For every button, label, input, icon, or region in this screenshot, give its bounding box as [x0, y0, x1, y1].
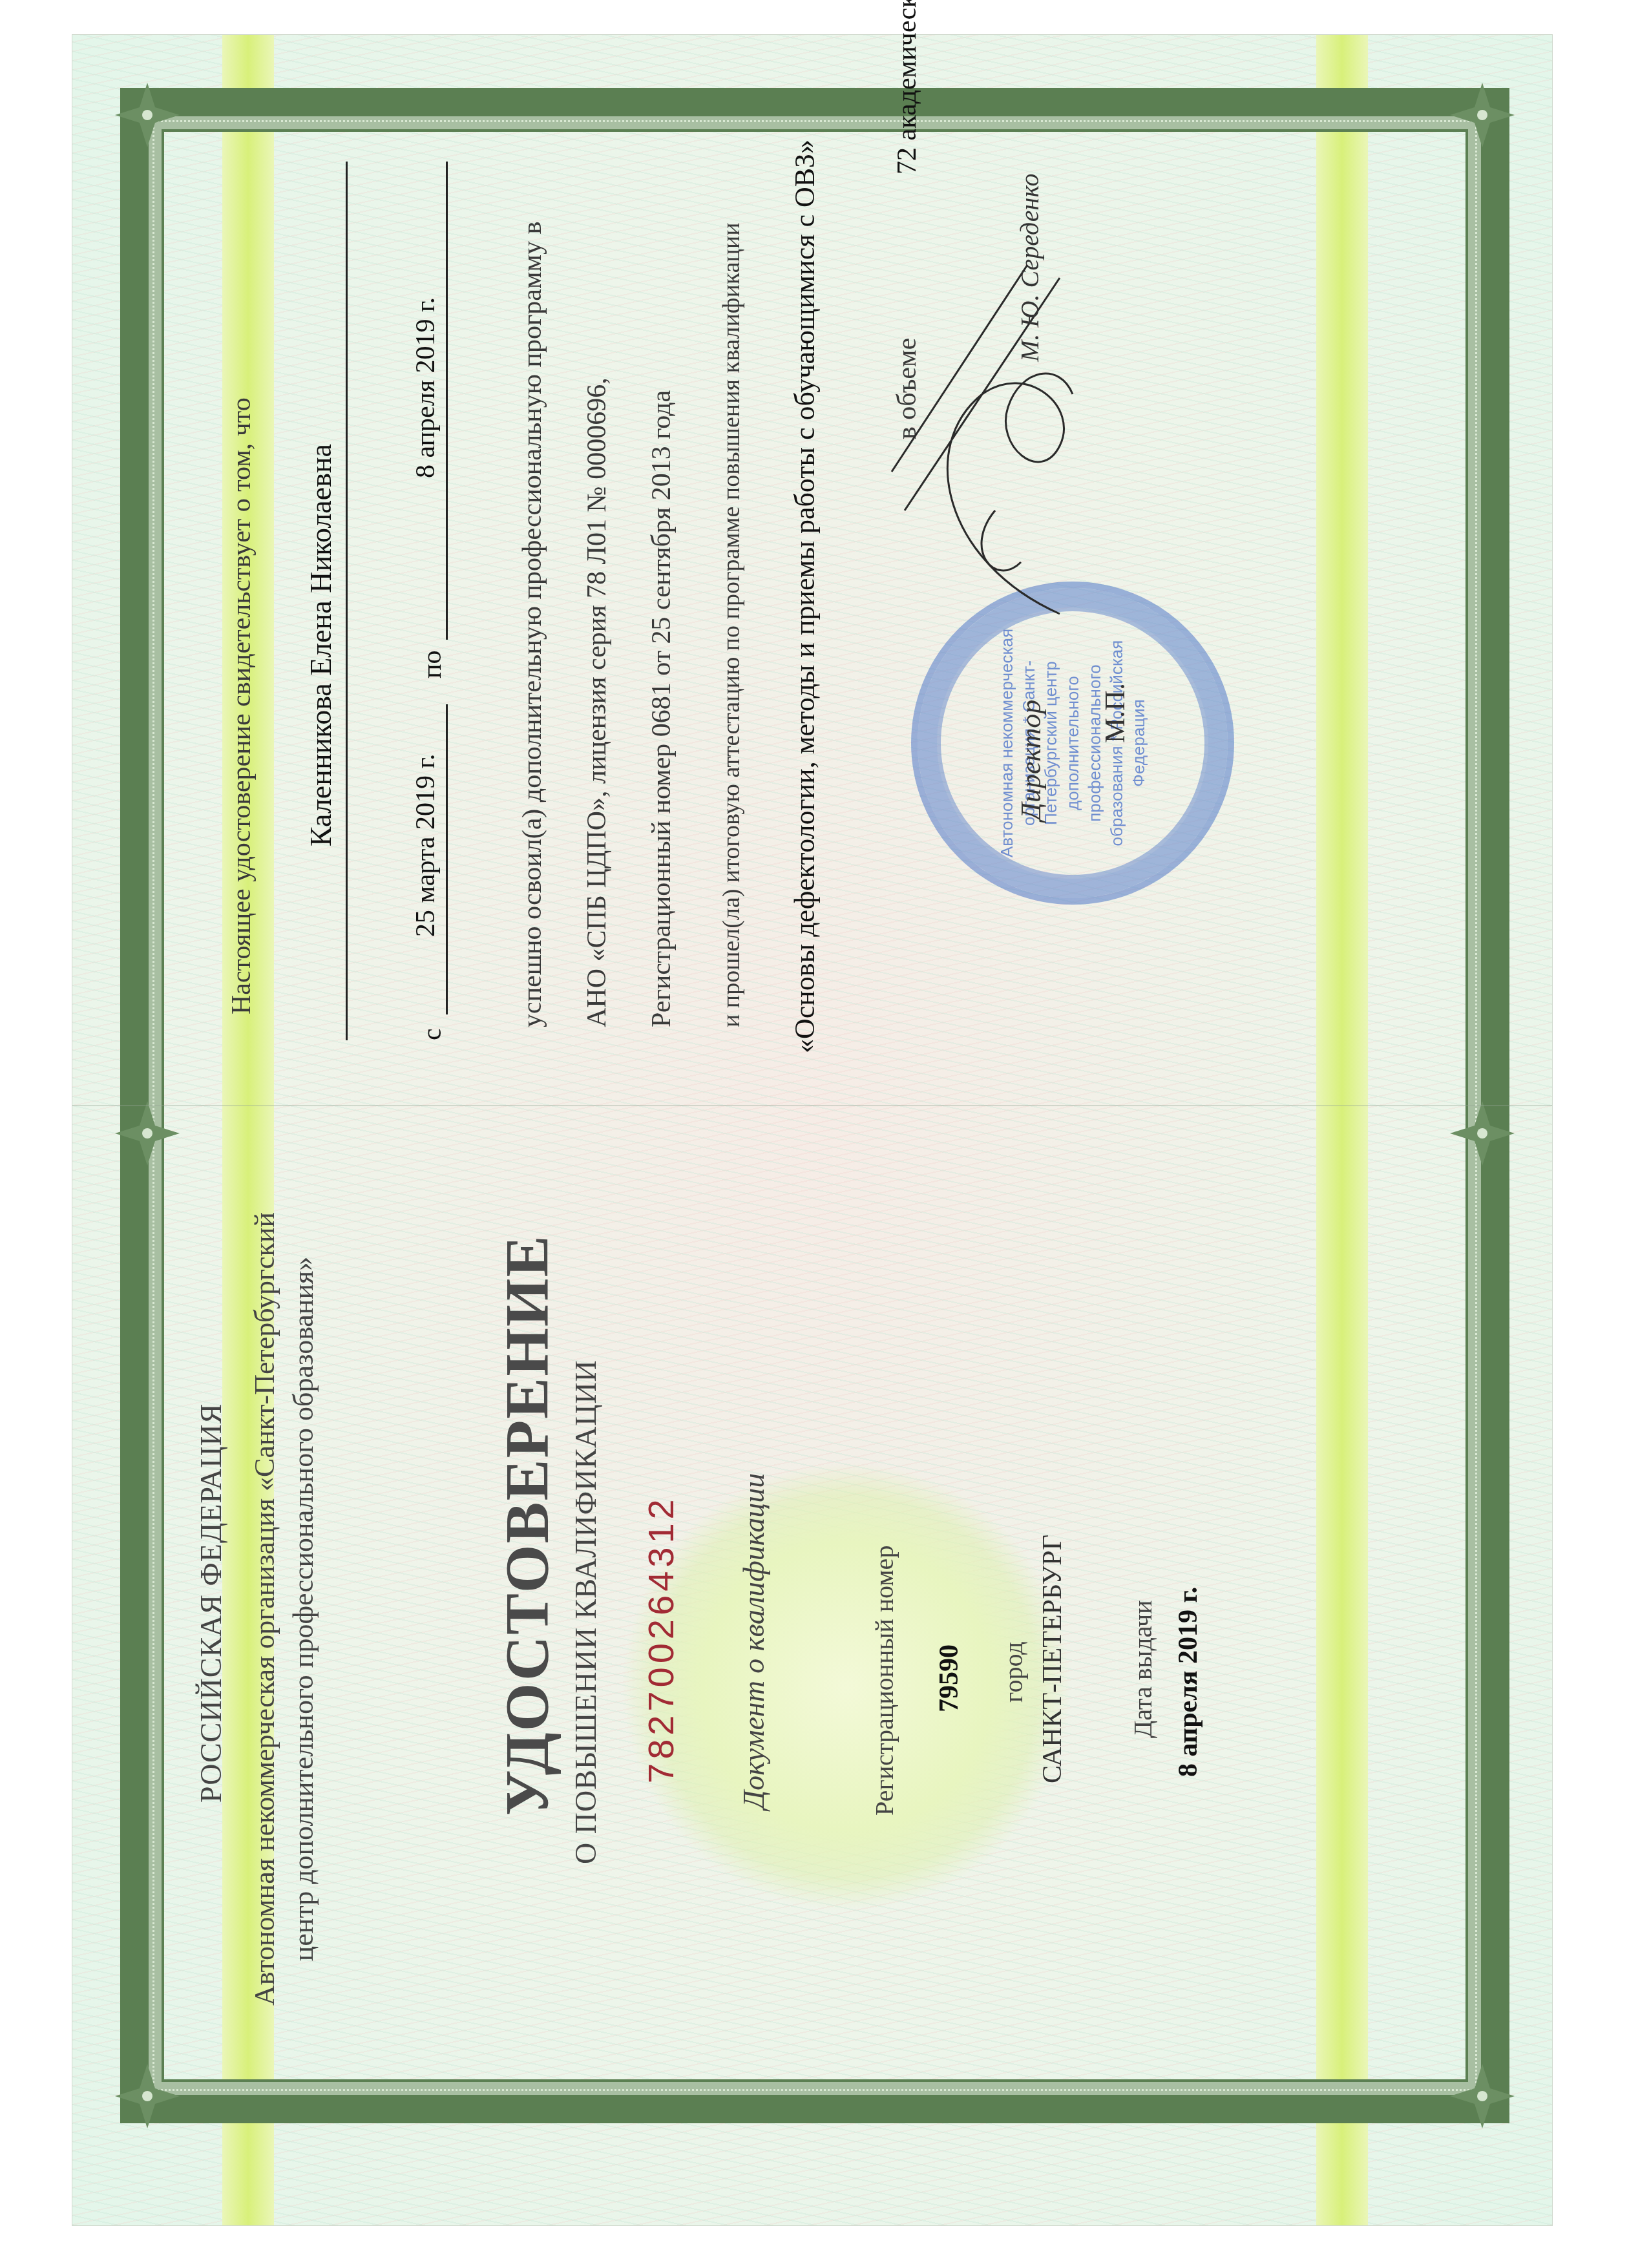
organization-line-2: центр дополнительного профессионального … — [284, 1131, 323, 2087]
country-heading: РОССИЙСКАЯ ФЕДЕРАЦИЯ — [194, 1403, 228, 1803]
left-page: РОССИЙСКАЯ ФЕДЕРАЦИЯ Автономная некоммер… — [168, 1131, 1396, 2087]
organization-line-1: Автономная некоммерческая организация «С… — [246, 1131, 284, 2087]
registration-label: Регистрационный номер — [869, 1546, 899, 1816]
document-type: Документ о квалификации — [737, 1473, 771, 1809]
mid-star-icon — [1450, 1101, 1515, 1166]
director-name: М. Ю. Середенко — [1014, 173, 1045, 362]
right-page: Настоящее удостоверение свидетельствует … — [168, 155, 1396, 1092]
program-title: «Основы дефектологии, методы и приемы ра… — [788, 140, 821, 1053]
certificate-subtitle: О ПОВЫШЕНИИ КВАЛИФИКАЦИИ — [569, 1360, 603, 1864]
date-to-underline — [446, 162, 448, 640]
name-underline — [346, 162, 348, 1040]
intro-text: Настоящее удостоверение свидетельствует … — [226, 397, 257, 1014]
corner-star-icon — [1450, 2064, 1515, 2128]
date-from-underline — [446, 704, 448, 1014]
issue-date-label: Дата выдачи — [1128, 1600, 1158, 1738]
organization-name: Автономная некоммерческая организация «С… — [246, 1131, 323, 2087]
center-fold — [72, 1105, 1552, 1106]
issue-date: 8 апреля 2019 г. — [1173, 1587, 1204, 1777]
registration-number: 79590 — [934, 1644, 965, 1712]
date-from: 25 марта 2019 г. — [410, 754, 441, 937]
full-name: Каленникова Елена Николаевна — [304, 444, 338, 846]
completion-line: успешно освоил(а) дополнительную професс… — [517, 222, 548, 1027]
to-label: по — [417, 651, 448, 678]
seal-label: М.П. — [1098, 683, 1131, 743]
from-label: с — [417, 1028, 448, 1040]
corner-star-icon — [1450, 83, 1515, 147]
city-label: город — [998, 1641, 1029, 1703]
serial-number: 782700264312 — [640, 1495, 682, 1783]
date-to: 8 апреля 2019 г. — [410, 297, 441, 478]
volume-hours: 72 академических часа — [892, 0, 923, 174]
registration-line: Регистрационный номер 0681 от 25 сентябр… — [646, 390, 677, 1027]
license-line: АНО «СПБ ЦДПО», лицензия серия 78 Л01 № … — [582, 377, 613, 1027]
director-label: Директор — [1014, 700, 1047, 821]
certificate-title: УДОСТОВЕРЕНИЕ — [491, 1234, 563, 1816]
city-name: САНКТ-ПЕТЕРБУРГ — [1037, 1535, 1068, 1783]
attestation-line: и прошел(ла) итоговую аттестацию по прог… — [717, 222, 746, 1027]
corner-star-icon — [115, 83, 180, 147]
director-signature — [866, 252, 1111, 640]
